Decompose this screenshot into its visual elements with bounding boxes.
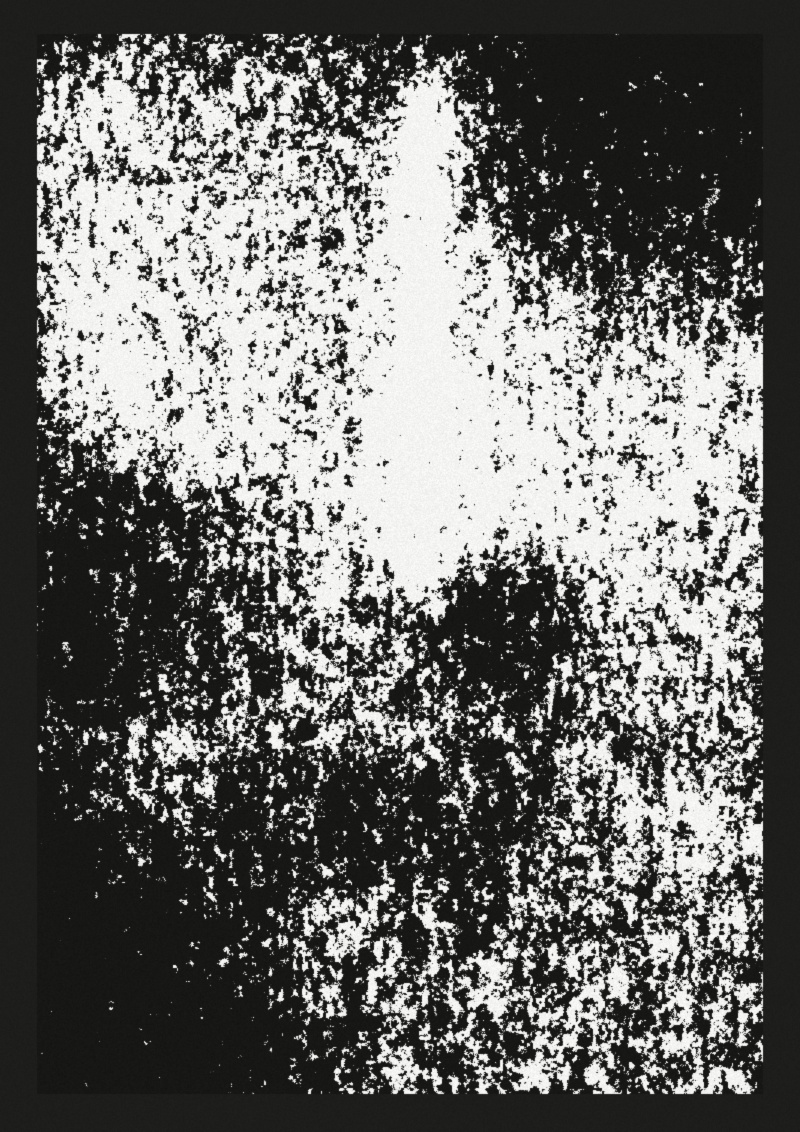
dithered-photo-canvas <box>0 0 800 1132</box>
scanned-photo <box>0 0 800 1132</box>
